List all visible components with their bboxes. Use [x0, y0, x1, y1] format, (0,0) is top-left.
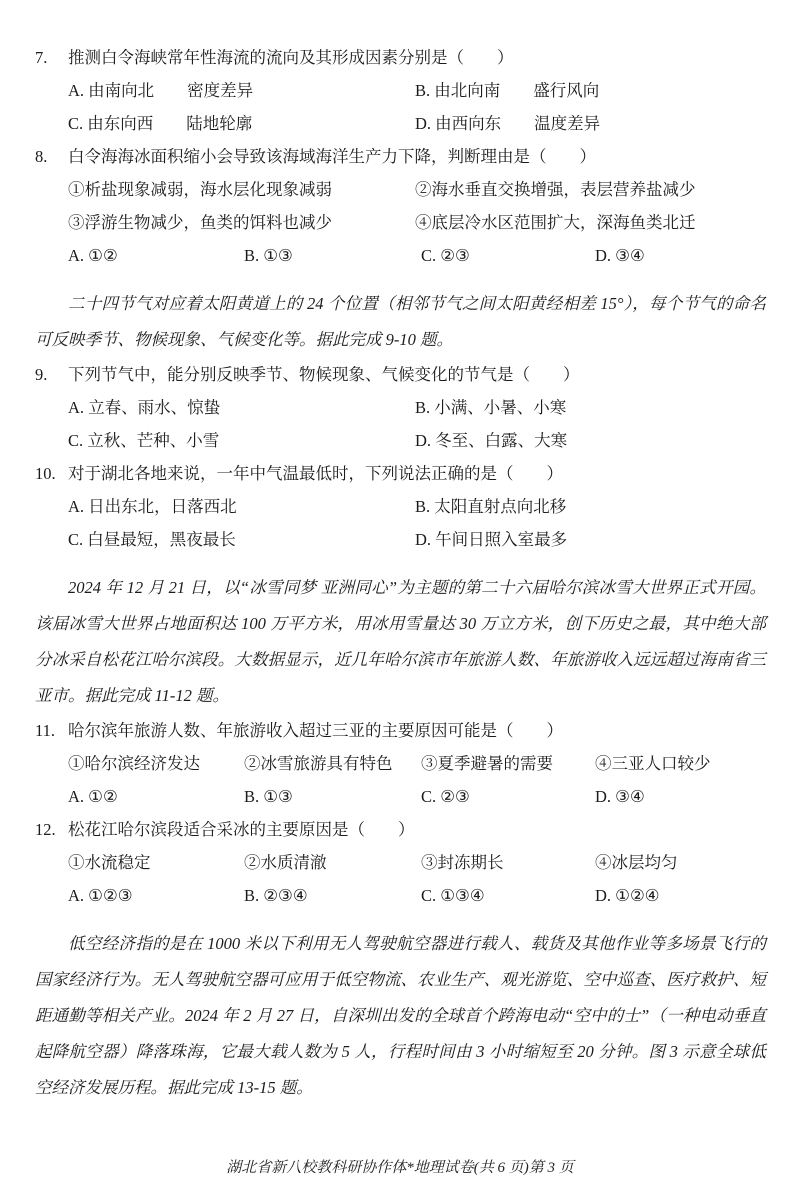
question-7-option-d: D. 由西向东 温度差异 [415, 107, 766, 140]
question-7-options-row-2: C. 由东向西 陆地轮廓 D. 由西向东 温度差异 [68, 107, 766, 140]
question-8-option-d: D. ③④ [595, 239, 766, 272]
question-10-stem-row: 10. 对于湖北各地来说，一年中气温最低时，下列说法正确的是（ ） [35, 457, 766, 490]
question-9-option-a: A. 立春、雨水、惊蛰 [68, 391, 415, 424]
page-footer: 湖北省新八校教科研协作体*地理试卷(共 6 页)第 3 页 [0, 1156, 800, 1177]
question-12-option-c: C. ①③④ [421, 879, 595, 912]
question-8-stem: 白令海海冰面积缩小会导致该海域海洋生产力下降，判断理由是（ ） [68, 140, 766, 173]
question-8-items-row-1: ①析盐现象减弱，海水层化现象减弱 ②海水垂直交换增强，表层营养盐减少 [68, 173, 766, 206]
question-10: 10. 对于湖北各地来说，一年中气温最低时，下列说法正确的是（ ） A. 日出东… [35, 457, 766, 556]
question-8-option-b: B. ①③ [244, 239, 421, 272]
question-9-options-row-2: C. 立秋、芒种、小雪 D. 冬至、白露、大寒 [68, 424, 766, 457]
question-8-item-1: ①析盐现象减弱，海水层化现象减弱 [68, 173, 415, 206]
question-7-option-c: C. 由东向西 陆地轮廓 [68, 107, 415, 140]
question-7-stem: 推测白令海峡常年性海流的流向及其形成因素分别是（ ） [68, 41, 766, 74]
question-11-items-row: ①哈尔滨经济发达 ②冰雪旅游具有特色 ③夏季避暑的需要 ④三亚人口较少 [68, 747, 766, 780]
question-11-stem-row: 11. 哈尔滨年旅游人数、年旅游收入超过三亚的主要原因可能是（ ） [35, 714, 766, 747]
question-12-item-3: ③封冻期长 [421, 846, 595, 879]
question-7-options-row-1: A. 由南向北 密度差异 B. 由北向南 盛行风向 [68, 74, 766, 107]
question-11-option-a: A. ①② [68, 780, 244, 813]
passage-q9-q10: 二十四节气对应着太阳黄道上的 24 个位置（相邻节气之间太阳黄经相差 15°），… [35, 286, 766, 358]
question-11-answers-row: A. ①② B. ①③ C. ②③ D. ③④ [68, 780, 766, 813]
question-8: 8. 白令海海冰面积缩小会导致该海域海洋生产力下降，判断理由是（ ） ①析盐现象… [35, 140, 766, 272]
question-12: 12. 松花江哈尔滨段适合采冰的主要原因是（ ） ①水流稳定 ②水质清澈 ③封冻… [35, 813, 766, 912]
question-7-stem-row: 7. 推测白令海峡常年性海流的流向及其形成因素分别是（ ） [35, 41, 766, 74]
question-11: 11. 哈尔滨年旅游人数、年旅游收入超过三亚的主要原因可能是（ ） ①哈尔滨经济… [35, 714, 766, 813]
question-10-option-b: B. 太阳直射点向北移 [415, 490, 766, 523]
question-8-option-a: A. ①② [68, 239, 244, 272]
question-10-options-row-2: C. 白昼最短，黑夜最长 D. 午间日照入室最多 [68, 523, 766, 556]
question-8-item-2: ②海水垂直交换增强，表层营养盐减少 [415, 173, 766, 206]
question-10-option-a: A. 日出东北，日落西北 [68, 490, 415, 523]
question-11-option-b: B. ①③ [244, 780, 421, 813]
question-12-item-4: ④冰层均匀 [595, 846, 766, 879]
question-8-item-3: ③浮游生物减少，鱼类的饵料也减少 [68, 206, 415, 239]
passage-q13-q15: 低空经济指的是在 1000 米以下利用无人驾驶航空器进行载人、载货及其他作业等多… [35, 926, 766, 1106]
question-12-answers-row: A. ①②③ B. ②③④ C. ①③④ D. ①②④ [68, 879, 766, 912]
question-11-number: 11. [35, 714, 68, 747]
question-11-item-2: ②冰雪旅游具有特色 [244, 747, 421, 780]
question-10-option-c: C. 白昼最短，黑夜最长 [68, 523, 415, 556]
question-12-stem: 松花江哈尔滨段适合采冰的主要原因是（ ） [68, 813, 766, 846]
question-12-item-2: ②水质清澈 [244, 846, 421, 879]
question-9-option-d: D. 冬至、白露、大寒 [415, 424, 766, 457]
passage-q11-q12: 2024 年 12 月 21 日，以“冰雪同梦 亚洲同心”为主题的第二十六届哈尔… [35, 570, 766, 714]
question-8-item-4: ④底层冷水区范围扩大，深海鱼类北迁 [415, 206, 766, 239]
question-9-stem-row: 9. 下列节气中，能分别反映季节、物候现象、气候变化的节气是（ ） [35, 358, 766, 391]
question-11-item-1: ①哈尔滨经济发达 [68, 747, 244, 780]
question-7: 7. 推测白令海峡常年性海流的流向及其形成因素分别是（ ） A. 由南向北 密度… [35, 41, 766, 140]
question-8-option-c: C. ②③ [421, 239, 595, 272]
question-10-options-row-1: A. 日出东北，日落西北 B. 太阳直射点向北移 [68, 490, 766, 523]
question-12-number: 12. [35, 813, 68, 846]
question-12-option-b: B. ②③④ [244, 879, 421, 912]
question-10-option-d: D. 午间日照入室最多 [415, 523, 766, 556]
question-9-stem: 下列节气中，能分别反映季节、物候现象、气候变化的节气是（ ） [68, 358, 766, 391]
question-12-item-1: ①水流稳定 [68, 846, 244, 879]
question-12-option-d: D. ①②④ [595, 879, 766, 912]
question-10-number: 10. [35, 457, 68, 490]
question-11-item-4: ④三亚人口较少 [595, 747, 766, 780]
question-8-items-row-2: ③浮游生物减少，鱼类的饵料也减少 ④底层冷水区范围扩大，深海鱼类北迁 [68, 206, 766, 239]
question-12-items-row: ①水流稳定 ②水质清澈 ③封冻期长 ④冰层均匀 [68, 846, 766, 879]
question-7-option-a: A. 由南向北 密度差异 [68, 74, 415, 107]
question-8-number: 8. [35, 140, 68, 173]
question-11-item-3: ③夏季避暑的需要 [421, 747, 595, 780]
question-11-option-c: C. ②③ [421, 780, 595, 813]
question-9-number: 9. [35, 358, 68, 391]
question-10-stem: 对于湖北各地来说，一年中气温最低时，下列说法正确的是（ ） [68, 457, 766, 490]
question-11-option-d: D. ③④ [595, 780, 766, 813]
question-8-stem-row: 8. 白令海海冰面积缩小会导致该海域海洋生产力下降，判断理由是（ ） [35, 140, 766, 173]
question-12-option-a: A. ①②③ [68, 879, 244, 912]
question-9: 9. 下列节气中，能分别反映季节、物候现象、气候变化的节气是（ ） A. 立春、… [35, 358, 766, 457]
question-7-number: 7. [35, 41, 68, 74]
question-9-options-row-1: A. 立春、雨水、惊蛰 B. 小满、小暑、小寒 [68, 391, 766, 424]
question-9-option-b: B. 小满、小暑、小寒 [415, 391, 766, 424]
question-11-stem: 哈尔滨年旅游人数、年旅游收入超过三亚的主要原因可能是（ ） [68, 714, 766, 747]
question-9-option-c: C. 立秋、芒种、小雪 [68, 424, 415, 457]
question-12-stem-row: 12. 松花江哈尔滨段适合采冰的主要原因是（ ） [35, 813, 766, 846]
question-7-option-b: B. 由北向南 盛行风向 [415, 74, 766, 107]
exam-page-content: 7. 推测白令海峡常年性海流的流向及其形成因素分别是（ ） A. 由南向北 密度… [0, 0, 800, 1106]
question-8-answers-row: A. ①② B. ①③ C. ②③ D. ③④ [68, 239, 766, 272]
